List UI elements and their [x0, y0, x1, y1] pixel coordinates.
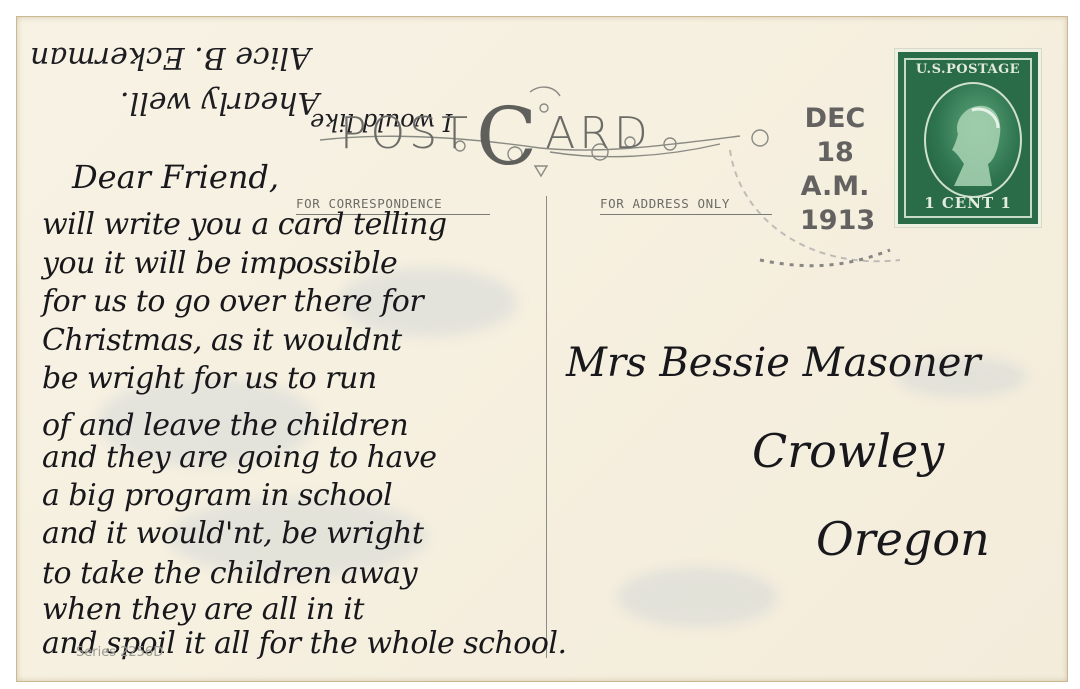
- message-line: to take the children away: [42, 556, 417, 591]
- stamp-bottom-text: 1 CENT 1: [906, 194, 1030, 212]
- message-line: a big program in school: [42, 478, 392, 513]
- postmark-date: DEC 18 A.M. 1913: [800, 102, 870, 238]
- postmark-month: DEC: [800, 102, 870, 136]
- postmark-day: 18: [800, 136, 870, 170]
- postmark-time: A.M.: [800, 170, 870, 204]
- message-greeting: Dear Friend,: [72, 158, 279, 196]
- postage-stamp: U.S.POSTAGE 1 CENT 1: [898, 52, 1038, 224]
- series-number: Series 2256D: [76, 645, 163, 660]
- address-city: Crowley: [752, 424, 944, 478]
- message-line: for us to go over there for: [42, 284, 423, 319]
- postcard-title: POSTCARD: [340, 90, 652, 183]
- upside-down-signature: Alice B. Eckerman: [30, 40, 311, 75]
- message-line: be wright for us to run: [42, 361, 377, 396]
- message-line: and it would'nt, be wright: [42, 516, 423, 551]
- message-line: Christmas, as it wouldnt: [42, 323, 402, 358]
- address-name: Mrs Bessie Masoner: [566, 340, 981, 386]
- postmark-year: 1913: [800, 204, 870, 238]
- washington-portrait-icon: [936, 94, 1010, 186]
- message-line: will write you a card telling: [42, 207, 447, 242]
- message-line: of and leave the children: [42, 408, 408, 443]
- postcard-header: POSTCARD: [300, 82, 780, 192]
- message-line: you it will be impossible: [42, 246, 397, 281]
- upside-down-line: Ahearly well.: [120, 85, 319, 120]
- address-state: Oregon: [816, 512, 990, 566]
- message-line: and they are going to have: [42, 440, 437, 475]
- message-line: when they are all in it: [42, 592, 364, 627]
- ink-smudge: [617, 567, 777, 627]
- stamp-top-text: U.S.POSTAGE: [906, 62, 1030, 77]
- center-divider: [546, 196, 547, 658]
